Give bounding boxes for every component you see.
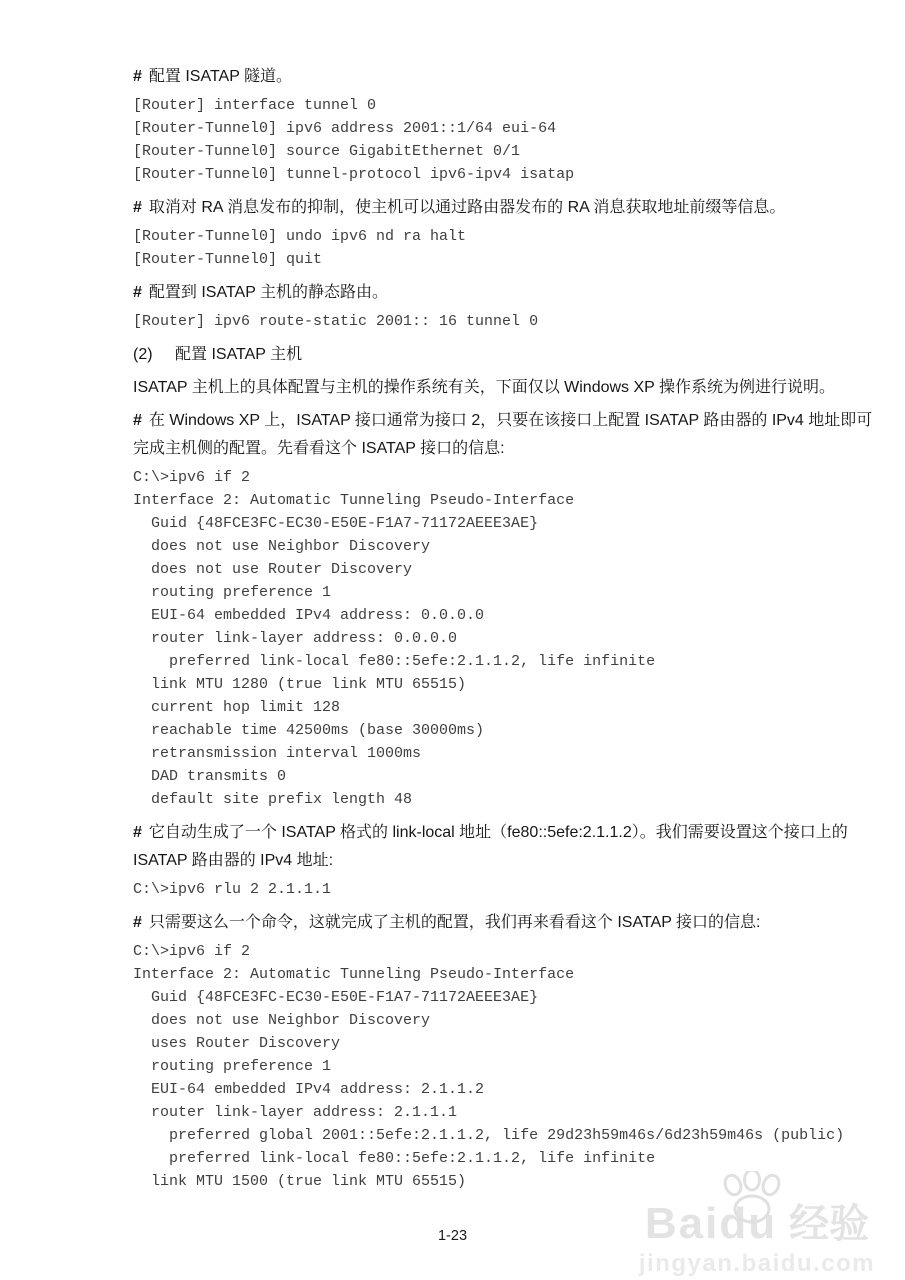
code-line: does not use Neighbor Discovery — [133, 535, 878, 558]
code-line: router link-layer address: 2.1.1.1 — [133, 1101, 878, 1124]
code-line: uses Router Discovery — [133, 1032, 878, 1055]
code-static-route: [Router] ipv6 route-static 2001:: 16 tun… — [133, 310, 878, 333]
code-line: does not use Router Discovery — [133, 558, 878, 581]
heading-one-command: #只需要这么一个命令，这就完成了主机的配置，我们再来看看这个 ISATAP 接口… — [133, 909, 878, 937]
code-line: [Router-Tunnel0] ipv6 address 2001::1/64… — [133, 117, 878, 140]
code-line: DAD transmits 0 — [133, 765, 878, 788]
code-line: C:\>ipv6 if 2 — [133, 466, 878, 489]
code-line: preferred link-local fe80::5efe:2.1.1.2,… — [133, 650, 878, 673]
code-line: [Router] interface tunnel 0 — [133, 94, 878, 117]
code-line: Guid {48FCE3FC-EC30-E50E-F1A7-71172AEEE3… — [133, 986, 878, 1009]
code-ipv6-if-after: C:\>ipv6 if 2 Interface 2: Automatic Tun… — [133, 940, 878, 1193]
code-line: [Router-Tunnel0] undo ipv6 nd ra halt — [133, 225, 878, 248]
heading-text: 配置 ISATAP 隧道。 — [149, 68, 292, 85]
heading-text: 取消对 RA 消息发布的抑制，使主机可以通过路由器发布的 RA 消息获取地址前缀… — [149, 199, 785, 216]
hash-marker: # — [133, 914, 142, 931]
code-line: Guid {48FCE3FC-EC30-E50E-F1A7-71172AEEE3… — [133, 512, 878, 535]
code-tunnel-config: [Router] interface tunnel 0 [Router-Tunn… — [133, 94, 878, 186]
hash-marker: # — [133, 199, 142, 216]
list-marker: (2) — [133, 341, 175, 369]
watermark-url: jingyan.baidu.com — [621, 1250, 893, 1278]
hash-marker: # — [133, 68, 142, 85]
code-line: router link-layer address: 0.0.0.0 — [133, 627, 878, 650]
code-line: reachable time 42500ms (base 30000ms) — [133, 719, 878, 742]
code-line: C:\>ipv6 rlu 2 2.1.1.1 — [133, 878, 878, 901]
code-line: EUI-64 embedded IPv4 address: 2.1.1.2 — [133, 1078, 878, 1101]
code-line: EUI-64 embedded IPv4 address: 0.0.0.0 — [133, 604, 878, 627]
code-line: Interface 2: Automatic Tunneling Pseudo-… — [133, 489, 878, 512]
list-item-text: 配置 ISATAP 主机 — [175, 346, 302, 363]
heading-isatap-tunnel: #配置 ISATAP 隧道。 — [133, 63, 878, 91]
hash-marker: # — [133, 284, 142, 301]
code-line: [Router-Tunnel0] quit — [133, 248, 878, 271]
heading-static-route: #配置到 ISATAP 主机的静态路由。 — [133, 279, 878, 307]
code-line: preferred global 2001::5efe:2.1.1.2, lif… — [133, 1124, 878, 1147]
code-line: current hop limit 128 — [133, 696, 878, 719]
paragraph-os-note: ISATAP 主机上的具体配置与主机的操作系统有关，下面仅以 Windows X… — [133, 374, 878, 402]
hash-marker: # — [133, 824, 142, 841]
heading-text: 在 Windows XP 上，ISATAP 接口通常为接口 2，只要在该接口上配… — [133, 412, 872, 457]
baidu-jingyan-watermark: Baidu 经验 jingyan.baidu.com — [621, 1201, 893, 1278]
code-line: [Router] ipv6 route-static 2001:: 16 tun… — [133, 310, 878, 333]
code-ipv6-rlu: C:\>ipv6 rlu 2 2.1.1.1 — [133, 878, 878, 901]
code-line: C:\>ipv6 if 2 — [133, 940, 878, 963]
hash-marker: # — [133, 412, 142, 429]
watermark-brand-cn: 经验 — [789, 1201, 869, 1247]
heading-text: 它自动生成了一个 ISATAP 格式的 link-local 地址（fe80::… — [133, 824, 848, 869]
code-line: link MTU 1280 (true link MTU 65515) — [133, 673, 878, 696]
code-line: routing preference 1 — [133, 581, 878, 604]
list-item-configure-host: (2)配置 ISATAP 主机 — [133, 341, 878, 369]
heading-text: 配置到 ISATAP 主机的静态路由。 — [149, 284, 388, 301]
code-line: [Router-Tunnel0] tunnel-protocol ipv6-ip… — [133, 163, 878, 186]
heading-windows-xp: #在 Windows XP 上，ISATAP 接口通常为接口 2，只要在该接口上… — [133, 407, 878, 463]
code-ra-config: [Router-Tunnel0] undo ipv6 nd ra halt [R… — [133, 225, 878, 271]
paw-icon — [719, 1171, 785, 1225]
code-line: default site prefix length 48 — [133, 788, 878, 811]
code-line: Interface 2: Automatic Tunneling Pseudo-… — [133, 963, 878, 986]
code-ipv6-if-before: C:\>ipv6 if 2 Interface 2: Automatic Tun… — [133, 466, 878, 811]
heading-text: 只需要这么一个命令，这就完成了主机的配置，我们再来看看这个 ISATAP 接口的… — [149, 914, 761, 931]
code-line: preferred link-local fe80::5efe:2.1.1.2,… — [133, 1147, 878, 1170]
code-line: retransmission interval 1000ms — [133, 742, 878, 765]
code-line: routing preference 1 — [133, 1055, 878, 1078]
heading-link-local-generated: #它自动生成了一个 ISATAP 格式的 link-local 地址（fe80:… — [133, 819, 878, 875]
heading-ra-suppression: #取消对 RA 消息发布的抑制，使主机可以通过路由器发布的 RA 消息获取地址前… — [133, 194, 878, 222]
code-line: does not use Neighbor Discovery — [133, 1009, 878, 1032]
page-content: #配置 ISATAP 隧道。 [Router] interface tunnel… — [133, 58, 878, 1201]
code-line: [Router-Tunnel0] source GigabitEthernet … — [133, 140, 878, 163]
